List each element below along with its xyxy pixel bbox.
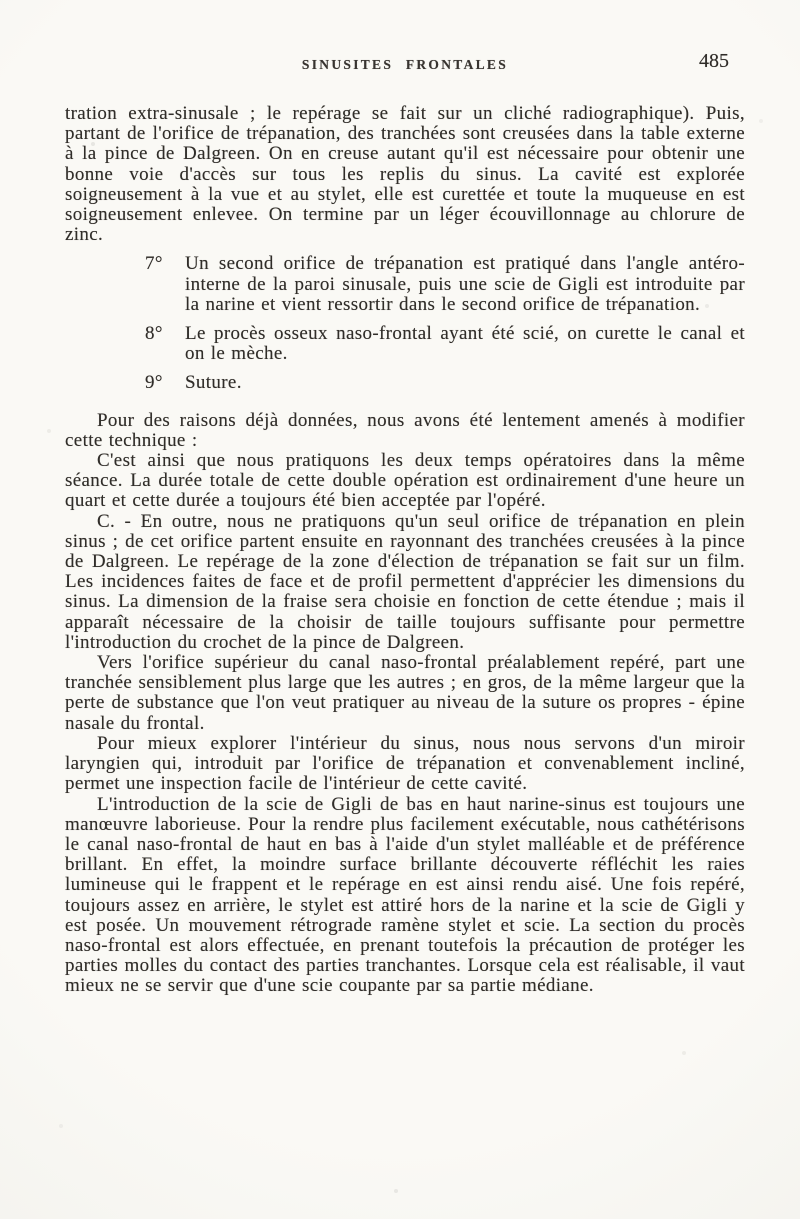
list-number: 7° [145, 254, 163, 274]
page-header: SINUSITES FRONTALES 485 [65, 56, 745, 80]
body-paragraph: C'est ainsi que nous pratiquons les deux… [65, 451, 745, 512]
body-paragraph: C. - En outre, nous ne pratiquons qu'un … [65, 512, 745, 653]
list-item-7: 7° Un second orifice de trépanation est … [185, 254, 745, 315]
page-number: 485 [699, 50, 729, 73]
body-paragraph: Pour mieux explorer l'intérieur du sinus… [65, 734, 745, 795]
page-body: tration extra-sinusale ; le repérage se … [65, 104, 745, 997]
list-number: 8° [145, 324, 163, 344]
paragraph-continuation: tration extra-sinusale ; le repérage se … [65, 104, 745, 245]
body-paragraph: Vers l'orifice supérieur du canal naso-f… [65, 653, 745, 734]
list-item-text: Suture. [185, 372, 242, 393]
body-paragraph: L'introduction de la scie de Gigli de ba… [65, 795, 745, 997]
list-item-9: 9° Suture. [185, 373, 745, 393]
running-title: SINUSITES FRONTALES [302, 57, 508, 73]
scanned-book-page: SINUSITES FRONTALES 485 tration extra-si… [0, 0, 800, 1219]
list-number: 9° [145, 373, 163, 393]
body-paragraph: Pour des raisons déjà données, nous avon… [65, 411, 745, 451]
list-item-8: 8° Le procès osseux naso-frontal ayant é… [185, 324, 745, 364]
list-item-text: Un second orifice de trépanation est pra… [185, 253, 745, 314]
list-item-text: Le procès osseux naso-frontal ayant été … [185, 323, 745, 364]
